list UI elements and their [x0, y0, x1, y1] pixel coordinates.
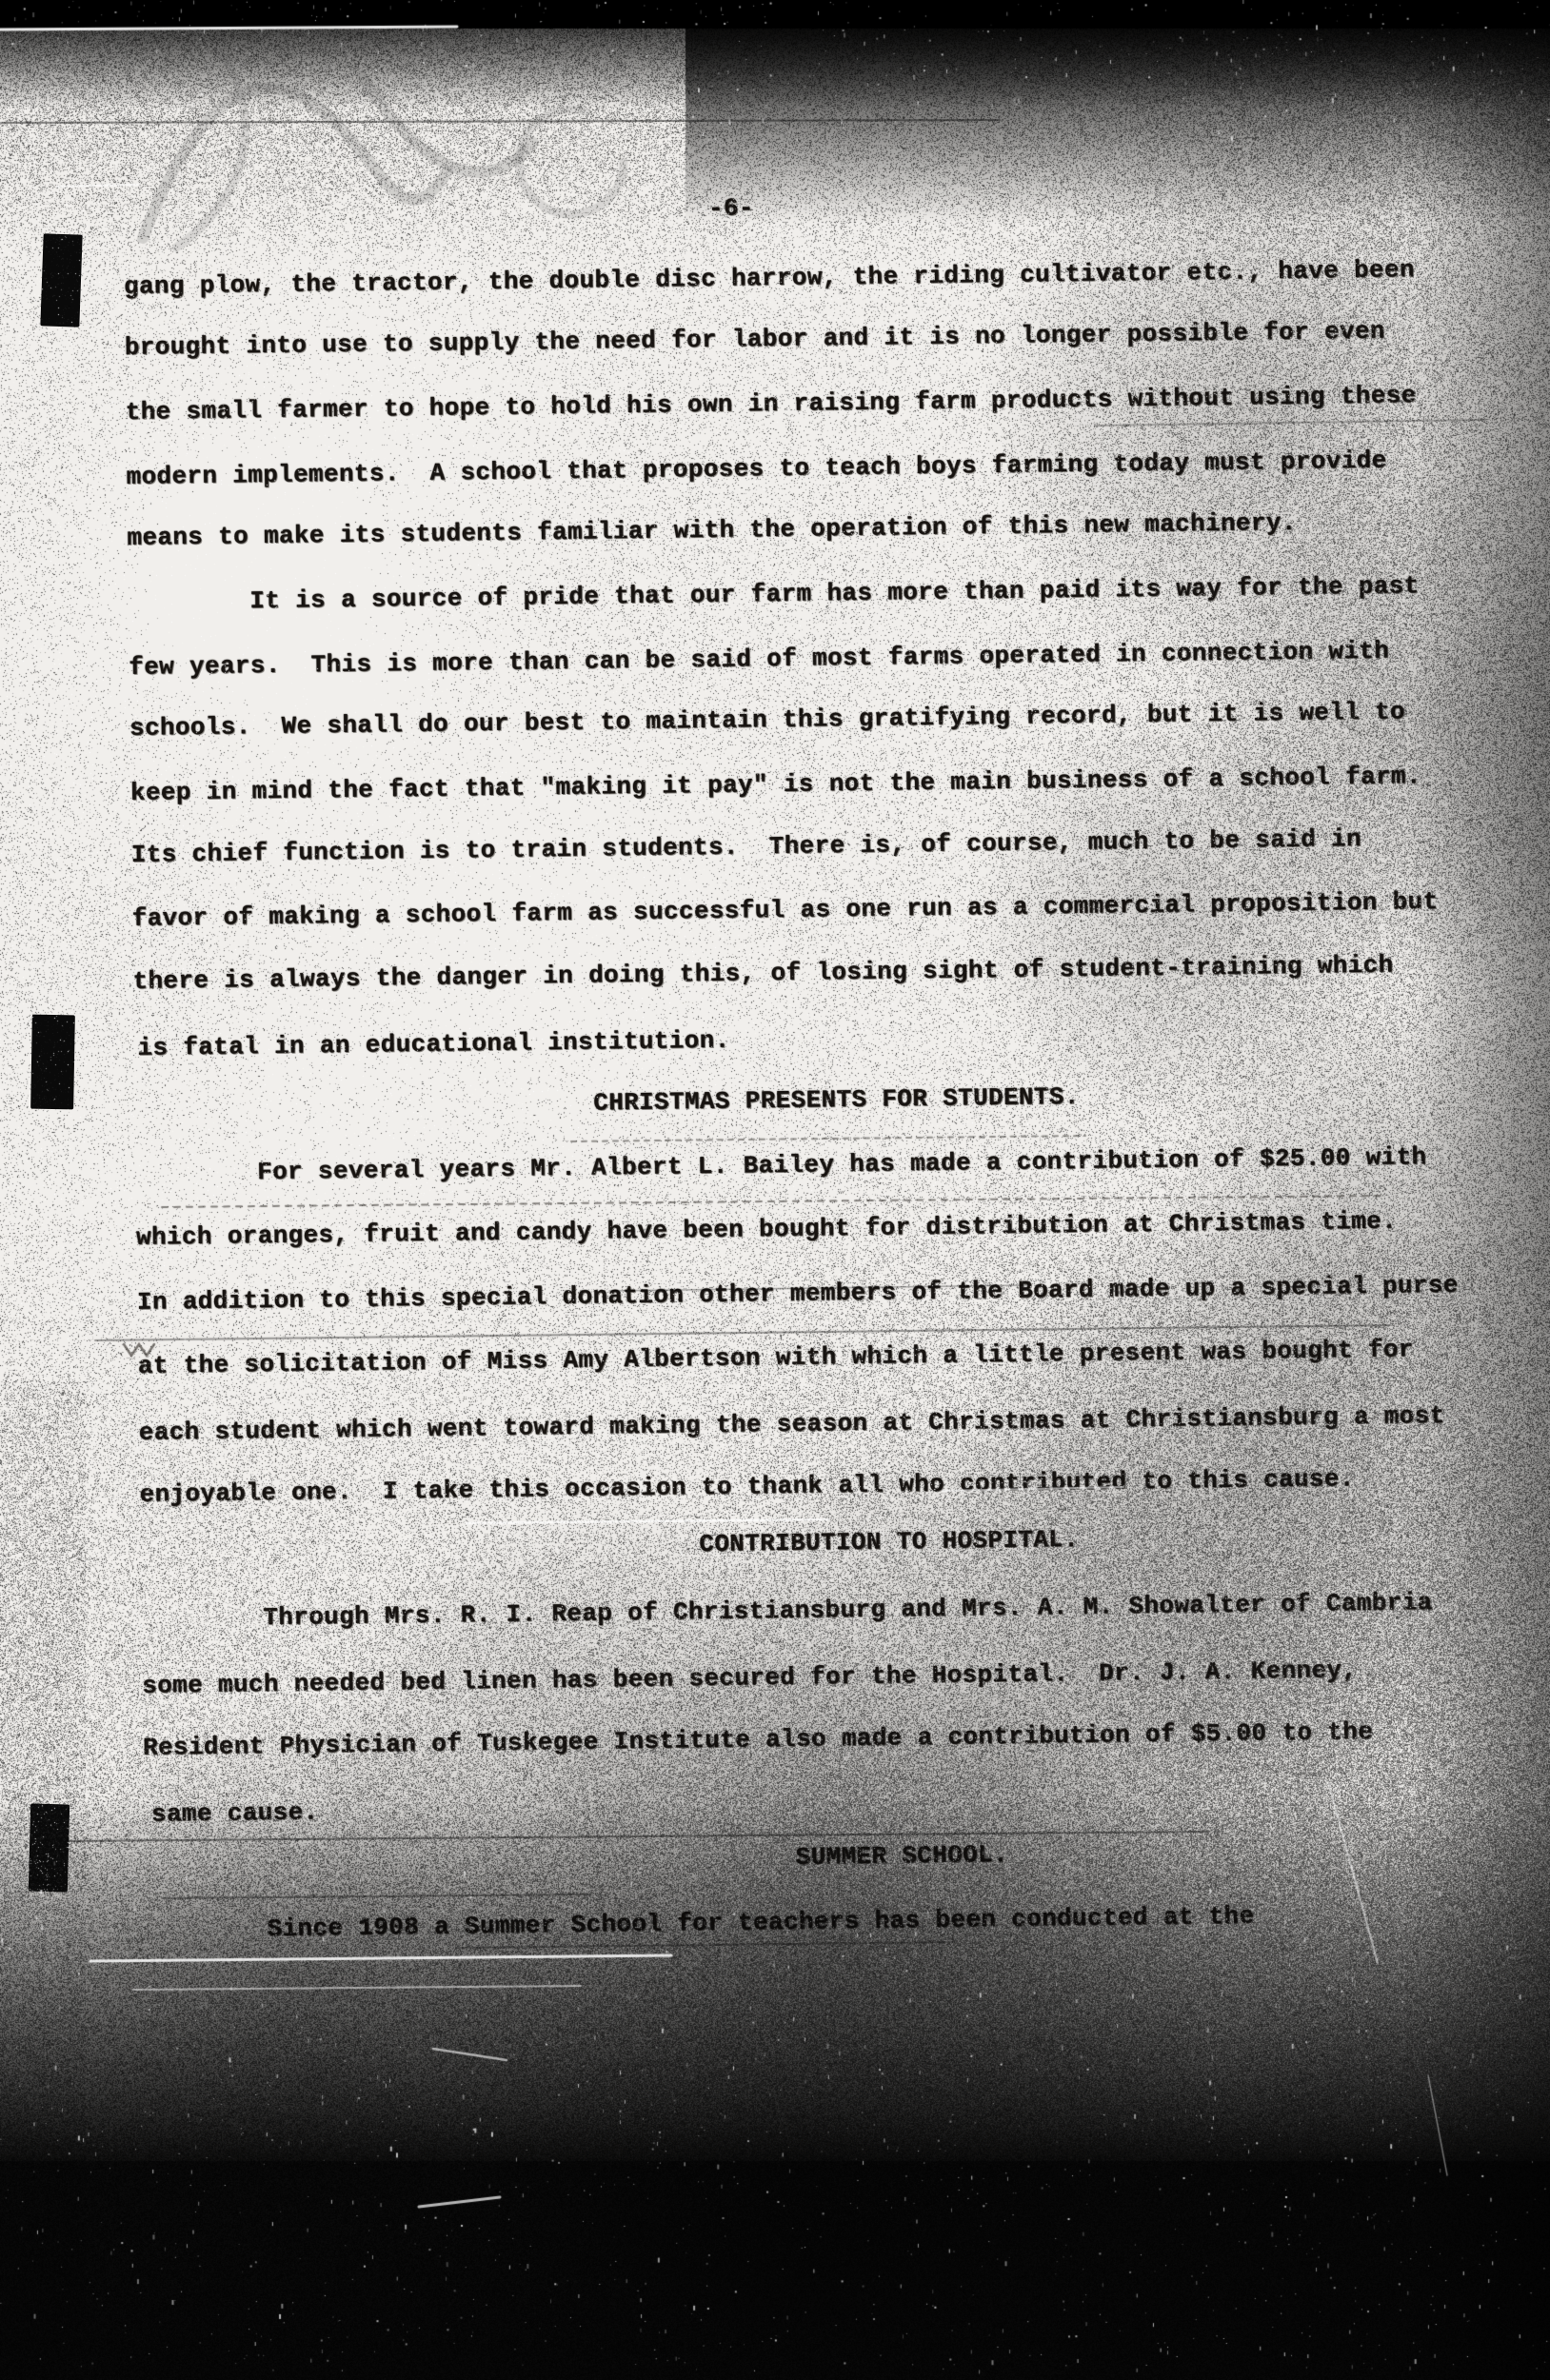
text-line: It is a source of pride that our farm ha… — [249, 571, 1420, 615]
text-line: In addition to this special donation oth… — [137, 1271, 1459, 1317]
text-line: which oranges, fruit and candy have been… — [136, 1207, 1397, 1252]
text-line: same cause. — [151, 1797, 319, 1828]
typewritten-text-layer: -6- gang plow, the tractor, the double d… — [0, 0, 1550, 2380]
text-line: favor of making a school farm as success… — [132, 887, 1439, 933]
text-line: the small farmer to hope to hold his own… — [126, 381, 1417, 426]
page-number: -6- — [708, 193, 754, 223]
text-line: Its chief function is to train students.… — [131, 824, 1361, 869]
text-line: schools. We shall do our best to maintai… — [129, 697, 1405, 743]
margin-ink-mark — [30, 1015, 75, 1110]
text-line: modern implements. A school that propose… — [126, 446, 1386, 491]
section-heading-summer: SUMMER SCHOOL. — [795, 1840, 1008, 1872]
text-line: enjoyable one. I take this occasion to t… — [139, 1464, 1354, 1509]
text-line: Since 1908 a Summer School for teachers … — [267, 1902, 1254, 1944]
text-line: some much needed bed linen has been secu… — [142, 1656, 1357, 1700]
text-line: means to make its students familiar with… — [127, 508, 1297, 552]
text-line: Through Mrs. R. I. Reap of Christiansbur… — [263, 1588, 1433, 1632]
margin-ink-mark — [40, 233, 82, 327]
scanned-document-page: -6- gang plow, the tractor, the double d… — [0, 0, 1550, 2380]
text-line: gang plow, the tractor, the double disc … — [124, 255, 1415, 301]
text-line: For several years Mr. Albert L. Bailey h… — [257, 1142, 1427, 1186]
text-line: few years. This is more than can be said… — [129, 637, 1389, 682]
section-heading-christmas: CHRISTMAS PRESENTS FOR STUDENTS. — [593, 1082, 1080, 1118]
text-line: Resident Physician of Tuskegee Institute… — [143, 1717, 1373, 1762]
text-line: at the solicitation of Miss Amy Albertso… — [138, 1335, 1414, 1380]
text-line: keep in mind the fact that "making it pa… — [130, 762, 1421, 807]
text-line: is fatal in an educational institution. — [137, 1026, 729, 1062]
text-line: brought into use to supply the need for … — [125, 317, 1385, 362]
section-heading-hospital: CONTRIBUTION TO HOSPITAL. — [699, 1525, 1079, 1558]
margin-ink-mark — [29, 1803, 70, 1892]
text-line: there is always the danger in doing this… — [132, 951, 1393, 996]
text-line: each student which went toward making th… — [139, 1401, 1445, 1447]
